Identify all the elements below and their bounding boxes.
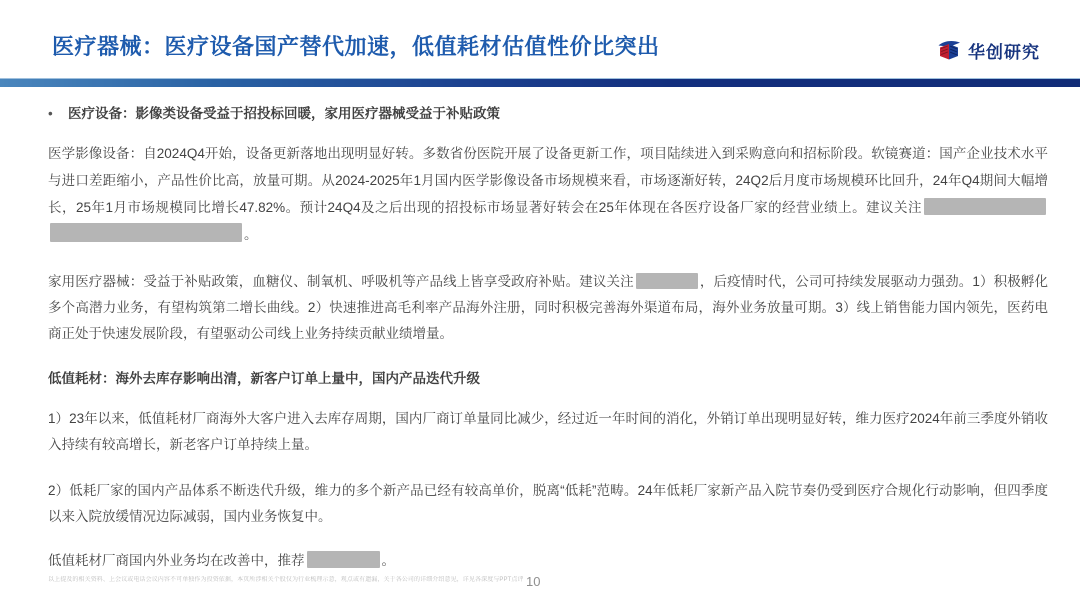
huachuang-cube-icon xyxy=(937,40,963,62)
paragraph-recommendation: 低值耗材厂商国内外业务均在改善中，推荐。 xyxy=(48,548,1048,574)
redacted-text-block xyxy=(636,273,698,289)
section-heading-medical-equipment: •医疗设备：影像类设备受益于招投标回暖，家用医疗器械受益于补贴政策 xyxy=(48,104,1048,124)
paragraph-text: 。 xyxy=(382,553,396,568)
footer-disclaimer: 以上提及的相关资料、上会议或电话会议内容不可单独作为投资依据，本页所涉相关个股仅… xyxy=(48,576,523,584)
paragraph-low-value-2: 2）低耗厂家的国内产品体系不断迭代升级，维力的多个新产品已经有较高单价，脱离“低… xyxy=(48,478,1048,530)
paragraph-text: 低值耗材厂商国内外业务均在改善中，推荐 xyxy=(48,553,305,568)
slide-content: •医疗设备：影像类设备受益于招投标回暖，家用医疗器械受益于补贴政策 医学影像设备… xyxy=(48,96,1048,574)
page-number: 10 xyxy=(526,574,540,589)
brand-logo: 华创研究 xyxy=(937,38,1040,63)
slide-header: 医疗器械：医疗设备国产替代加速，低值耗材估值性价比突出 华创研究 xyxy=(0,0,1080,78)
redacted-text-block xyxy=(50,223,242,242)
brand-logo-text: 华创研究 xyxy=(968,38,1040,63)
redacted-text-block xyxy=(924,198,1046,215)
title-divider-bar xyxy=(0,78,1080,87)
redacted-text-block xyxy=(307,551,380,568)
paragraph-low-value-1: 1）23年以来，低值耗材厂商海外大客户进入去库存周期，国内厂商订单量同比减少，经… xyxy=(48,406,1048,458)
report-slide: 医疗器械：医疗设备国产替代加速，低值耗材估值性价比突出 华创研究 •医疗设备：影… xyxy=(0,0,1080,608)
paragraph-text: 家用医疗器械：受益于补贴政策，血糖仪、制氧机、呼吸机等产品线上皆享受政府补贴。建… xyxy=(48,274,634,289)
paragraph-text: 。 xyxy=(244,227,258,242)
section-heading-text: 医疗设备：影像类设备受益于招投标回暖，家用医疗器械受益于补贴政策 xyxy=(68,106,500,121)
paragraph-text: 医学影像设备：自2024Q4开始，设备更新落地出现明显好转。多数省份医院开展了设… xyxy=(48,146,1048,215)
paragraph-home-devices: 家用医疗器械：受益于补贴政策，血糖仪、制氧机、呼吸机等产品线上皆享受政府补贴。建… xyxy=(48,269,1048,347)
paragraph-medical-imaging: 医学影像设备：自2024Q4开始，设备更新落地出现明显好转。多数省份医院开展了设… xyxy=(48,140,1048,248)
bullet-marker: • xyxy=(48,104,68,124)
page-title: 医疗器械：医疗设备国产替代加速，低值耗材估值性价比突出 xyxy=(52,30,660,61)
section-heading-low-value-consumables: 低值耗材：海外去库存影响出清，新客户订单上量中，国内产品迭代升级 xyxy=(48,369,1048,389)
